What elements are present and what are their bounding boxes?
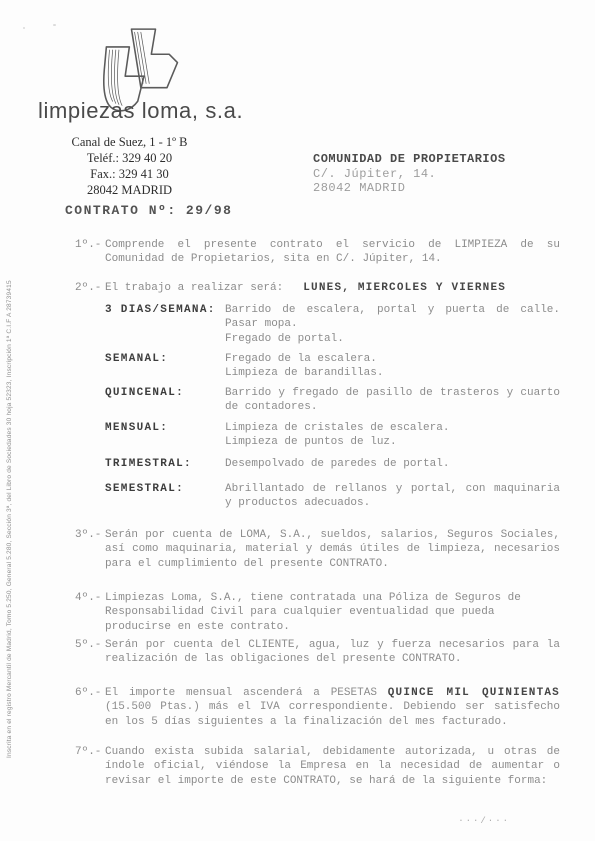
schedule-label: TRIMESTRAL:	[105, 457, 225, 471]
clause-1-text: Comprende el presente contrato el servic…	[105, 238, 560, 267]
schedule-desc: Limpieza de cristales de escalera. Limpi…	[225, 421, 560, 450]
scan-speck	[23, 27, 25, 29]
recipient-city: 28042 MADRID	[313, 181, 506, 196]
recipient-block: COMUNIDAD DE PROPIETARIOS C/. Júpiter, 1…	[313, 152, 506, 196]
recipient-street: C/. Júpiter, 14.	[313, 167, 506, 182]
schedule-row-mensual: MENSUAL: Limpieza de cristales de escale…	[105, 421, 560, 450]
clause-2-days: LUNES, MIERCOLES Y VIERNES	[303, 282, 506, 294]
clause-6-number: 6º.-	[75, 686, 105, 729]
clause-6-text: El importe mensual ascenderá a PESETAS Q…	[105, 686, 560, 729]
schedule-label: QUINCENAL:	[105, 386, 225, 415]
schedule-row-trimestral: TRIMESTRAL: Desempolvado de paredes de p…	[105, 457, 560, 471]
recipient-name: COMUNIDAD DE PROPIETARIOS	[313, 152, 506, 167]
clause-1: 1º.- Comprende el presente contrato el s…	[75, 238, 560, 267]
schedule-label: SEMESTRAL:	[105, 482, 225, 511]
clause-3: 3º.- Serán por cuenta de LOMA, S.A., sue…	[75, 528, 560, 571]
schedule-row-semanal: SEMANAL: Fregado de la escalera. Limpiez…	[105, 352, 560, 381]
scan-speck	[53, 24, 56, 26]
continuation-mark: ···/···	[420, 816, 510, 826]
schedule-desc: Desempolvado de paredes de portal.	[225, 457, 560, 471]
contract-number: CONTRATO Nº: 29/98	[65, 203, 232, 218]
address-fax: Fax.: 329 41 30	[52, 166, 207, 182]
clause-1-number: 1º.-	[75, 238, 105, 267]
clause-6-amount: QUINCE MIL QUINIENTAS	[388, 687, 560, 699]
clause-6: 6º.- El importe mensual ascenderá a PESE…	[75, 686, 560, 729]
clause-4: 4º.- Limpiezas Loma, S.A., tiene contrat…	[75, 591, 540, 634]
address-street: Canal de Suez, 1 - 1º B	[52, 134, 207, 150]
schedule-desc: Barrido y fregado de pasillo de trastero…	[225, 386, 560, 415]
schedule-desc: Abrillantado de rellanos y portal, con m…	[225, 482, 560, 511]
clause-5: 5º.- Serán por cuenta del CLIENTE, agua,…	[75, 638, 560, 667]
registry-margin-note: Inscrita en el registro Mercantil de Mad…	[6, 278, 13, 758]
clause-4-text: Limpiezas Loma, S.A., tiene contratada u…	[105, 591, 540, 634]
clause-2: 2º.- El trabajo a realizar será:LUNES, M…	[75, 281, 560, 295]
company-address: Canal de Suez, 1 - 1º B Teléf.: 329 40 2…	[52, 134, 207, 198]
schedule-label: SEMANAL:	[105, 352, 225, 381]
clause-7: 7º.- Cuando exista subida salarial, debi…	[75, 745, 560, 788]
company-name: limpiezas loma, s.a.	[38, 98, 243, 124]
clause-7-number: 7º.-	[75, 745, 105, 788]
clause-2-number: 2º.-	[75, 281, 105, 295]
address-city: 28042 MADRID	[52, 182, 207, 198]
schedule-label: MENSUAL:	[105, 421, 225, 450]
schedule-desc: Barrido de escalera, portal y puerta de …	[225, 303, 560, 346]
clause-6-pre: El importe mensual ascenderá a PESETAS	[105, 687, 388, 699]
clause-2-text: El trabajo a realizar será:LUNES, MIERCO…	[105, 281, 560, 295]
clause-2-intro: El trabajo a realizar será:	[105, 282, 283, 294]
clause-6-post: (15.500 Ptas.) más el IVA correspondient…	[105, 701, 560, 727]
schedule-desc: Fregado de la escalera. Limpieza de bara…	[225, 352, 560, 381]
contract-page: limpiezas loma, s.a. Canal de Suez, 1 - …	[0, 0, 595, 841]
clause-7-text: Cuando exista subida salarial, debidamen…	[105, 745, 560, 788]
address-phone: Teléf.: 329 40 20	[52, 150, 207, 166]
schedule-label: 3 DIAS/SEMANA:	[105, 303, 225, 346]
clause-3-number: 3º.-	[75, 528, 105, 571]
schedule-row-semestral: SEMESTRAL: Abrillantado de rellanos y po…	[105, 482, 560, 511]
schedule-row-3dias: 3 DIAS/SEMANA: Barrido de escalera, port…	[105, 303, 560, 346]
clause-5-text: Serán por cuenta del CLIENTE, agua, luz …	[105, 638, 560, 667]
clause-5-number: 5º.-	[75, 638, 105, 667]
clause-3-text: Serán por cuenta de LOMA, S.A., sueldos,…	[105, 528, 560, 571]
clause-4-number: 4º.-	[75, 591, 105, 634]
schedule-row-quincenal: QUINCENAL: Barrido y fregado de pasillo …	[105, 386, 560, 415]
